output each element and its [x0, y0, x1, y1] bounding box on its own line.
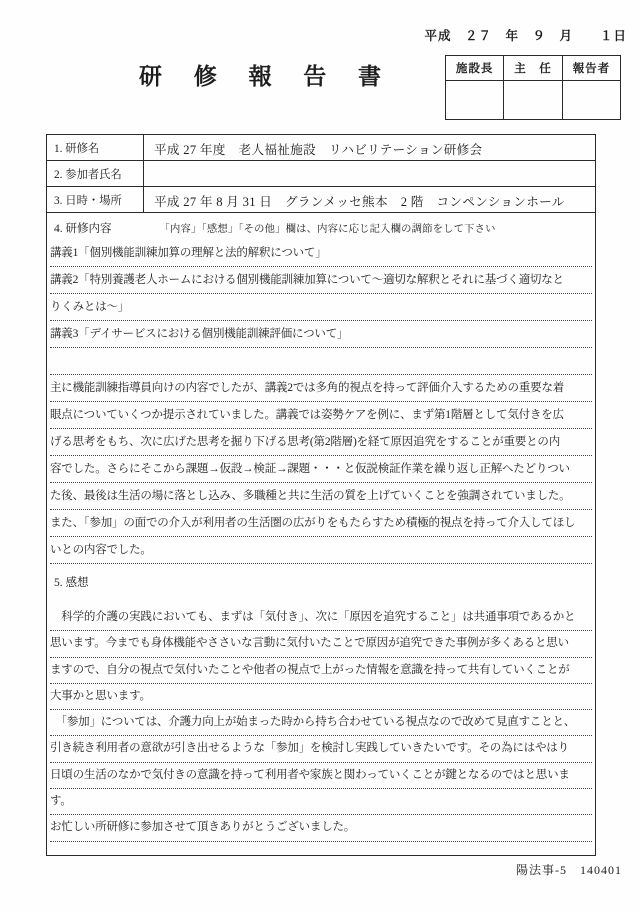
approval-stamp-table: 施設長 主 任 報告者 [445, 55, 621, 120]
training-name-label: 1. 研修名 [47, 135, 144, 160]
content-line: す。 [50, 789, 592, 815]
content-line: 引き続き利用者の意欲が引き出せるような「参加」を検討し実践していきたいです。その… [50, 736, 592, 762]
participant-name-value [144, 161, 595, 186]
content-line: 主に機能訓練指導員向けの内容でしたが、講義2では多角的視点を持って評価介入するた… [50, 375, 592, 402]
date-place-value: 平成 27 年 8 月 31 日 グランメッセ熊本 2 階 コンペンションホール [144, 187, 595, 212]
approval-col-chief: 主 任 [504, 56, 562, 81]
report-form-table: 1. 研修名 平成 27 年度 老人福祉施設 リハビリテーション研修会 2. 参… [46, 134, 596, 856]
section5-content-lines: 科学的介護の実践においても、まずは「気付き」、次に「原因を追究すること」は共通事… [47, 605, 595, 842]
section5-label: 5. 感想 [47, 564, 595, 605]
training-name-value: 平成 27 年度 老人福祉施設 リハビリテーション研修会 [144, 135, 595, 160]
approval-col-facility-director: 施設長 [446, 56, 504, 81]
content-line: 科学的介護の実践においても、まずは「気付き」、次に「原因を追究すること」は共通事… [50, 605, 592, 631]
date-place-label: 3. 日時・場所 [47, 187, 144, 212]
approval-stamp-cell [562, 81, 620, 120]
page-title: 研 修 報 告 書 [110, 58, 410, 91]
content-line: お忙しい所研修に参加させて頂きありがとうございました。 [50, 815, 592, 841]
report-date: 平成 ２７ 年 ９ 月 １日 [424, 26, 627, 44]
approval-stamp-cell [504, 81, 562, 120]
content-line: 講義2「特別養護老人ホームにおける個別機能訓練加算について～適切な解釈とそれに基… [50, 267, 592, 294]
content-line: 講義3「デイサービスにおける個別機能訓練評価について」 [50, 321, 592, 348]
section4-header: 4. 研修内容 「内容」「感想」「その他」欄は、内容に応じ記入欄の調節をして下さ… [47, 213, 595, 240]
content-line: いとの内容でした。 [50, 537, 592, 564]
document-code: 陽法事-5 140401 [516, 861, 622, 878]
content-line: りくみとは～」 [50, 294, 592, 321]
section4-content-lines: 講義1「個別機能訓練加算の理解と法的解釈について」 講義2「特別養護老人ホームに… [47, 240, 595, 564]
content-line: 眼点についていくつか提示されていました。講義では姿勢ケアを例に、まず第1階層とし… [50, 402, 592, 429]
content-line: 思います。今までも身体機能やささいな言動に気付いたことで原因が追究できた事例が多… [50, 631, 592, 657]
approval-col-reporter: 報告者 [562, 56, 620, 81]
section-impressions: 5. 感想 科学的介護の実践においても、まずは「気付き」、次に「原因を追究するこ… [47, 564, 595, 842]
content-line: ますので、自分の視点で気付いたことや他者の視点で上がった情報を意識を持って共有し… [50, 658, 592, 684]
row-participant-name: 2. 参加者氏名 [47, 161, 595, 187]
content-line: 日頃の生活のなかで気付きの意識を持って利用者や家族と関わっていくことが鍵となるの… [50, 763, 592, 789]
section4-label: 4. 研修内容 [54, 220, 112, 236]
content-line: 講義1「個別機能訓練加算の理解と法的解釈について」 [50, 240, 592, 267]
content-line: 容でした。さらにそこから課題→仮設→検証→課題・・・と仮説検証作業を繰り返し正解… [50, 456, 592, 483]
content-line: げる思考をもち、次に広げた思考を掘り下げる思考(第2階層)を経て原因追究をするこ… [50, 429, 592, 456]
row-training-name: 1. 研修名 平成 27 年度 老人福祉施設 リハビリテーション研修会 [47, 135, 595, 161]
content-line: また、「参加」の面での介入が利用者の生活圏の広がりをもたらすため積極的視点を持っ… [50, 510, 592, 537]
report-sheet: 平成 ２７ 年 ９ 月 １日 研 修 報 告 書 施設長 主 任 報告者 1. … [0, 0, 640, 912]
approval-stamp-cell [446, 81, 504, 120]
section4-note: 「内容」「感想」「その他」欄は、内容に応じ記入欄の調節をして下さい [112, 220, 496, 235]
row-date-place: 3. 日時・場所 平成 27 年 8 月 31 日 グランメッセ熊本 2 階 コ… [47, 187, 595, 213]
content-line [50, 348, 592, 375]
content-line: 大事かと思います。 [50, 684, 592, 710]
content-line: 「参加」については、介護力向上が始まった時から持ち合わせている視点なので改めて見… [50, 710, 592, 736]
section-training-content: 4. 研修内容 「内容」「感想」「その他」欄は、内容に応じ記入欄の調節をして下さ… [47, 213, 595, 854]
content-line: た後、最後は生活の場に落とし込み、多職種と共に生活の質を上げていくことを強調され… [50, 483, 592, 510]
participant-name-label: 2. 参加者氏名 [47, 161, 144, 186]
